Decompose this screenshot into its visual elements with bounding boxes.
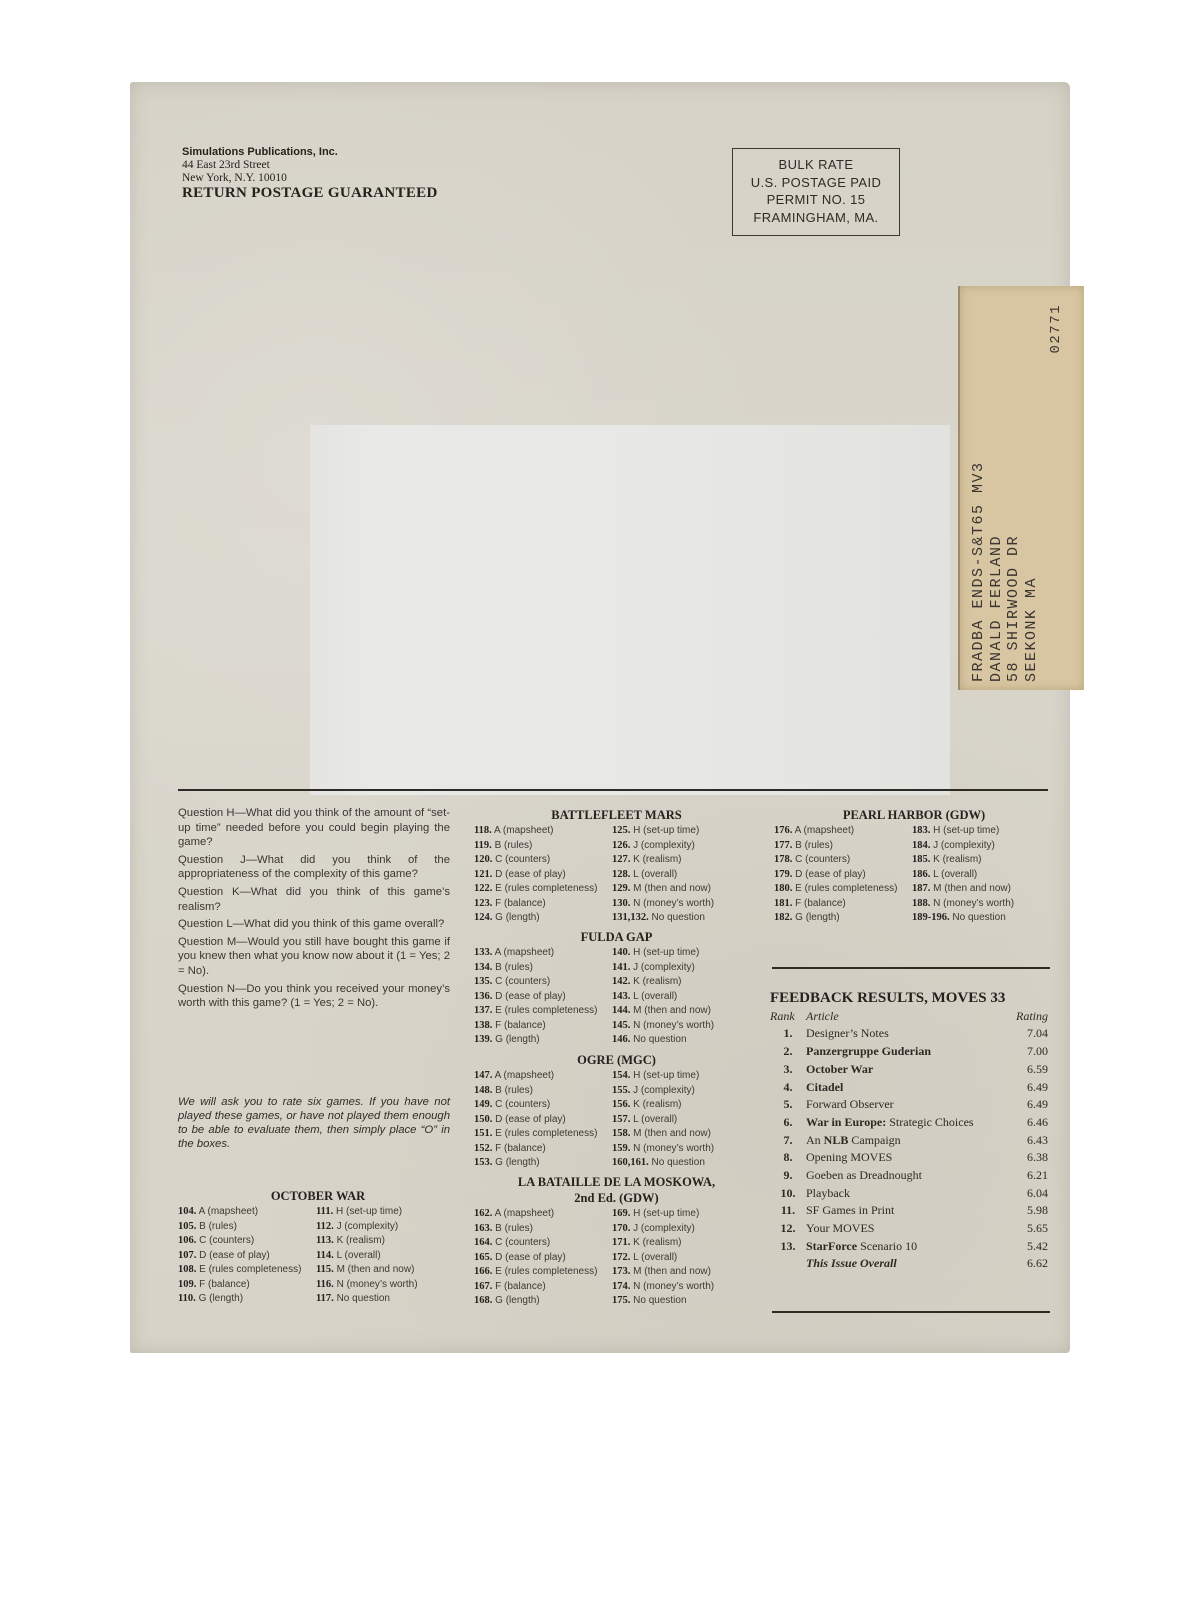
rating-items: 133. A (mapsheet)140. H (set-up time)134… (474, 946, 759, 1048)
rating-item: 163. B (rules) (474, 1222, 612, 1237)
item-label: N (money’s worth) (633, 898, 714, 909)
rating-item: 138. F (balance) (474, 1019, 612, 1034)
question-l: Question L—What did you think of this ga… (178, 917, 450, 932)
feedback-rank: 13. (770, 1237, 806, 1255)
item-number: 185. (912, 854, 930, 865)
feedback-rating: 7.04 (1008, 1025, 1048, 1043)
feedback-rank: 8. (770, 1149, 806, 1167)
item-label: L (overall) (633, 1114, 677, 1125)
item-label: B (rules) (495, 962, 533, 973)
rating-item: 175. No question (612, 1294, 759, 1309)
feedback-rating: 7.00 (1008, 1043, 1048, 1061)
mailing-label-zip: 02771 (1048, 304, 1068, 354)
item-label: G (length) (495, 912, 539, 923)
item-label: J (complexity) (633, 1085, 695, 1096)
feedback-rank: 12. (770, 1219, 806, 1237)
item-label: F (balance) (495, 1020, 546, 1031)
feedback-article: Designer’s Notes (806, 1025, 1008, 1043)
item-number: 168. (474, 1295, 492, 1306)
game-title: FULDA GAP (474, 930, 759, 945)
item-label: G (length) (495, 1034, 539, 1045)
game-title: LA BATAILLE DE LA MOSKOWA, (474, 1175, 759, 1190)
item-label: A (mapsheet) (495, 947, 554, 958)
item-number: 157. (612, 1114, 630, 1125)
item-label: A (mapsheet) (495, 1208, 554, 1219)
feedback-article: Opening MOVES (806, 1149, 1008, 1167)
rating-item: 106. C (counters) (178, 1234, 316, 1249)
rating-item: 159. N (money’s worth) (612, 1142, 759, 1157)
game-la-bataille-de-la-moskowa: LA BATAILLE DE LA MOSKOWA,2nd Ed. (GDW)1… (474, 1173, 759, 1309)
feedback-article: Goeben as Dreadnought (806, 1166, 1008, 1184)
item-number: 110. (178, 1293, 196, 1304)
item-label: N (money’s worth) (633, 1143, 714, 1154)
item-number: 189-196. (912, 912, 950, 923)
game-title: BATTLEFLEET MARS (474, 808, 759, 823)
rating-item: 151. E (rules completeness) (474, 1127, 612, 1142)
article-rest: Scenario 10 (857, 1239, 917, 1253)
item-label: E (rules completeness) (495, 883, 597, 894)
rating-item: 173. M (then and now) (612, 1265, 759, 1280)
feedback-rating: 6.04 (1008, 1184, 1048, 1202)
item-label: B (rules) (495, 1085, 533, 1096)
rating-item: 169. H (set-up time) (612, 1207, 759, 1222)
item-label: M (then and now) (633, 883, 711, 894)
game-october-war: OCTOBER WAR104. A (mapsheet)111. H (set-… (178, 1187, 458, 1307)
rating-item: 184. J (complexity) (912, 839, 1054, 854)
item-number: 124. (474, 912, 492, 923)
rating-items: 162. A (mapsheet)169. H (set-up time)163… (474, 1207, 759, 1309)
feedback-row: 13.StarForce Scenario 105.42 (770, 1237, 1048, 1255)
header-article: Article (806, 1009, 1008, 1024)
header-rating: Rating (1008, 1009, 1048, 1024)
rating-item: 115. M (then and now) (316, 1263, 458, 1278)
rating-item: 145. N (money’s worth) (612, 1019, 759, 1034)
item-label: D (ease of play) (495, 1114, 566, 1125)
rating-item: 113. K (realism) (316, 1234, 458, 1249)
item-number: 175. (612, 1295, 630, 1306)
rating-item: 121. D (ease of play) (474, 868, 612, 883)
item-number: 167. (474, 1281, 492, 1292)
item-label: G (length) (199, 1293, 243, 1304)
item-label: J (complexity) (933, 840, 995, 851)
item-label: No question (952, 912, 1005, 923)
item-label: H (set-up time) (933, 825, 999, 836)
item-label: C (counters) (795, 854, 850, 865)
feedback-row: 2.Panzergruppe Guderian7.00 (770, 1043, 1048, 1061)
postage-line: FRAMINGHAM, MA. (733, 209, 899, 227)
item-number: 158. (612, 1128, 630, 1139)
feedback-row: 3.October War6.59 (770, 1060, 1048, 1078)
item-label: K (realism) (933, 854, 981, 865)
item-number: 159. (612, 1143, 630, 1154)
feedback-rating: 6.43 (1008, 1131, 1048, 1149)
rating-item: 124. G (length) (474, 911, 612, 926)
rating-items: 176. A (mapsheet)183. H (set-up time)177… (774, 824, 1054, 926)
item-label: H (set-up time) (633, 825, 699, 836)
rating-item: 149. C (counters) (474, 1098, 612, 1113)
rating-item: 134. B (rules) (474, 961, 612, 976)
item-label: B (rules) (495, 1223, 533, 1234)
item-label: E (rules completeness) (495, 1005, 597, 1016)
item-number: 186. (912, 869, 930, 880)
feedback-article: Panzergruppe Guderian (806, 1043, 1008, 1061)
item-label: F (balance) (199, 1279, 250, 1290)
rating-item: 165. D (ease of play) (474, 1251, 612, 1266)
item-number: 183. (912, 825, 930, 836)
item-label: A (mapsheet) (495, 1070, 554, 1081)
feedback-rank: 7. (770, 1131, 806, 1149)
feedback-rank (770, 1255, 806, 1273)
header-rank: Rank (770, 1009, 806, 1024)
address-window-area (310, 425, 950, 795)
item-label: H (set-up time) (336, 1206, 402, 1217)
feedback-rank: 9. (770, 1166, 806, 1184)
item-label: L (overall) (633, 1252, 677, 1263)
rating-item: 148. B (rules) (474, 1084, 612, 1099)
label-line: SEEKONK MA (1023, 286, 1041, 682)
rating-item: 162. A (mapsheet) (474, 1207, 612, 1222)
rating-item: 188. N (money’s worth) (912, 897, 1054, 912)
item-number: 117. (316, 1293, 334, 1304)
game-title: OGRE (MGC) (474, 1053, 759, 1068)
item-label: G (length) (795, 912, 839, 923)
rating-item: 112. J (complexity) (316, 1220, 458, 1235)
rating-item: 176. A (mapsheet) (774, 824, 912, 839)
item-number: 109. (178, 1279, 196, 1290)
game-title: OCTOBER WAR (178, 1189, 458, 1204)
item-number: 118. (474, 825, 492, 836)
item-label: E (rules completeness) (495, 1266, 597, 1277)
feedback-rank: 2. (770, 1043, 806, 1061)
item-number: 151. (474, 1128, 492, 1139)
feedback-article: War in Europe: Strategic Choices (806, 1113, 1008, 1131)
feedback-row: 11.SF Games in Print5.98 (770, 1202, 1048, 1220)
section-divider (178, 789, 1048, 791)
rating-item: 166. E (rules completeness) (474, 1265, 612, 1280)
item-number: 121. (474, 869, 492, 880)
question-h: Question H—What did you think of the amo… (178, 806, 450, 850)
sender-city: New York, N.Y. 10010 (182, 172, 438, 185)
item-label: No question (652, 1157, 705, 1168)
feedback-rank: 3. (770, 1060, 806, 1078)
item-label: B (rules) (495, 840, 533, 851)
feedback-article: Your MOVES (806, 1219, 1008, 1237)
item-number: 173. (612, 1266, 630, 1277)
feedback-row: 10.Playback6.04 (770, 1184, 1048, 1202)
item-label: F (balance) (795, 898, 846, 909)
item-number: 140. (612, 947, 630, 958)
feedback-rank: 4. (770, 1078, 806, 1096)
rating-item: 120. C (counters) (474, 853, 612, 868)
item-number: 164. (474, 1237, 492, 1248)
item-label: E (rules completeness) (795, 883, 897, 894)
feedback-rating: 5.42 (1008, 1237, 1048, 1255)
rating-item: 117. No question (316, 1292, 458, 1307)
article-emphasis: StarForce (806, 1239, 857, 1253)
item-label: F (balance) (495, 898, 546, 909)
item-number: 150. (474, 1114, 492, 1125)
rating-item: 156. K (realism) (612, 1098, 759, 1113)
item-number: 125. (612, 825, 630, 836)
item-number: 148. (474, 1085, 492, 1096)
rating-item: 164. C (counters) (474, 1236, 612, 1251)
item-number: 129. (612, 883, 630, 894)
item-number: 166. (474, 1266, 492, 1277)
item-label: L (overall) (633, 869, 677, 880)
rating-item: 189-196. No question (912, 911, 1054, 926)
feedback-top-rule (772, 967, 1050, 969)
item-number: 179. (774, 869, 792, 880)
feedback-row: 1.Designer’s Notes7.04 (770, 1025, 1048, 1043)
item-label: M (then and now) (633, 1128, 711, 1139)
rating-items: 147. A (mapsheet)154. H (set-up time)148… (474, 1069, 759, 1171)
postage-indicia: BULK RATE U.S. POSTAGE PAID PERMIT NO. 1… (732, 148, 900, 236)
item-label: M (then and now) (633, 1266, 711, 1277)
rating-item: 126. J (complexity) (612, 839, 759, 854)
feedback-row: 5.Forward Observer6.49 (770, 1096, 1048, 1114)
sender-street: 44 East 23rd Street (182, 159, 438, 172)
item-label: H (set-up time) (633, 947, 699, 958)
feedback-results: FEEDBACK RESULTS, MOVES 33 Rank Article … (770, 991, 1048, 1272)
feedback-rank: 10. (770, 1184, 806, 1202)
item-label: F (balance) (495, 1143, 546, 1154)
rating-instructions: We will ask you to rate six games. If yo… (178, 1095, 450, 1151)
item-label: C (counters) (495, 976, 550, 987)
feedback-article: Citadel (806, 1078, 1008, 1096)
rating-item: 179. D (ease of play) (774, 868, 912, 883)
item-number: 162. (474, 1208, 492, 1219)
item-label: A (mapsheet) (795, 825, 854, 836)
rating-item: 182. G (length) (774, 911, 912, 926)
game-subtitle: 2nd Ed. (GDW) (474, 1191, 759, 1206)
item-label: K (realism) (633, 1099, 681, 1110)
item-number: 143. (612, 991, 630, 1002)
label-line: FRADBA ENDS-S&T65 MV3 (970, 286, 988, 682)
item-label: N (money’s worth) (933, 898, 1014, 909)
postage-line: U.S. POSTAGE PAID (733, 174, 899, 192)
mailing-label: FRADBA ENDS-S&T65 MV3 DANALD FERLAND 58 … (958, 286, 1084, 690)
rating-item: 167. F (balance) (474, 1280, 612, 1295)
feedback-rank: 11. (770, 1202, 806, 1220)
question-j: Question J—What did you think of the app… (178, 853, 450, 882)
rating-item: 129. M (then and now) (612, 882, 759, 897)
item-label: H (set-up time) (633, 1208, 699, 1219)
item-label: L (overall) (337, 1250, 381, 1261)
feedback-row: 7.An NLB Campaign6.43 (770, 1131, 1048, 1149)
questions-column: Question H—What did you think of the amo… (178, 806, 450, 1014)
feedback-article: An NLB Campaign (806, 1131, 1008, 1149)
rating-item: 157. L (overall) (612, 1113, 759, 1128)
item-label: C (counters) (199, 1235, 254, 1246)
rating-item: 136. D (ease of play) (474, 990, 612, 1005)
feedback-row: 9.Goeben as Dreadnought6.21 (770, 1166, 1048, 1184)
item-label: J (complexity) (337, 1221, 399, 1232)
label-line: 58 SHIRWOOD DR (1005, 286, 1023, 682)
rating-item: 153. G (length) (474, 1156, 612, 1171)
rating-item: 187. M (then and now) (912, 882, 1054, 897)
item-number: 156. (612, 1099, 630, 1110)
article-emphasis: War in Europe: (806, 1115, 886, 1129)
rating-item: 133. A (mapsheet) (474, 946, 612, 961)
rating-item: 160,161. No question (612, 1156, 759, 1171)
rating-item: 127. K (realism) (612, 853, 759, 868)
item-label: F (balance) (495, 1281, 546, 1292)
feedback-rating: 6.21 (1008, 1166, 1048, 1184)
game-battlefleet-mars: BATTLEFLEET MARS118. A (mapsheet)125. H … (474, 806, 759, 926)
rating-item: 155. J (complexity) (612, 1084, 759, 1099)
item-label: No question (652, 912, 705, 923)
question-m: Question M—Would you still have bought t… (178, 935, 450, 979)
sender-company: Simulations Publications, Inc. (182, 146, 438, 159)
item-label: G (length) (495, 1157, 539, 1168)
item-number: 146. (612, 1034, 630, 1045)
rating-item: 178. C (counters) (774, 853, 912, 868)
feedback-rating: 6.46 (1008, 1113, 1048, 1131)
feedback-article: Playback (806, 1184, 1008, 1202)
rating-item: 171. K (realism) (612, 1236, 759, 1251)
rating-item: 146. No question (612, 1033, 759, 1048)
question-n: Question N—Do you think you received you… (178, 982, 450, 1011)
item-label: B (rules) (199, 1221, 237, 1232)
rating-item: 185. K (realism) (912, 853, 1054, 868)
item-number: 137. (474, 1005, 492, 1016)
rating-item: 135. C (counters) (474, 975, 612, 990)
item-label: K (realism) (633, 854, 681, 865)
feedback-row: 12.Your MOVES5.65 (770, 1219, 1048, 1237)
game-fulda-gap: FULDA GAP133. A (mapsheet)140. H (set-up… (474, 928, 759, 1048)
item-number: 111. (316, 1206, 333, 1217)
rating-item: 177. B (rules) (774, 839, 912, 854)
item-number: 128. (612, 869, 630, 880)
feedback-row: 8.Opening MOVES6.38 (770, 1149, 1048, 1167)
item-number: 147. (474, 1070, 492, 1081)
rating-item: 181. F (balance) (774, 897, 912, 912)
item-label: G (length) (495, 1295, 539, 1306)
rating-item: 123. F (balance) (474, 897, 612, 912)
item-number: 130. (612, 898, 630, 909)
item-number: 141. (612, 962, 630, 973)
item-label: K (realism) (633, 976, 681, 987)
item-number: 139. (474, 1034, 492, 1045)
item-number: 135. (474, 976, 492, 987)
article-prefix: An (806, 1133, 824, 1147)
feedback-rank: 5. (770, 1096, 806, 1114)
feedback-article: Forward Observer (806, 1096, 1008, 1114)
item-number: 122. (474, 883, 492, 894)
item-number: 119. (474, 840, 492, 851)
item-number: 172. (612, 1252, 630, 1263)
rating-item: 142. K (realism) (612, 975, 759, 990)
feedback-article: StarForce Scenario 10 (806, 1237, 1008, 1255)
item-label: D (ease of play) (795, 869, 866, 880)
item-label: E (rules completeness) (199, 1264, 301, 1275)
rating-item: 150. D (ease of play) (474, 1113, 612, 1128)
rating-item: 116. N (money’s worth) (316, 1278, 458, 1293)
item-number: 177. (774, 840, 792, 851)
rating-item: 105. B (rules) (178, 1220, 316, 1235)
item-label: D (ease of play) (495, 991, 566, 1002)
item-label: L (overall) (633, 991, 677, 1002)
article-emphasis: NLB (824, 1133, 849, 1147)
item-label: J (complexity) (633, 962, 695, 973)
rating-item: 104. A (mapsheet) (178, 1205, 316, 1220)
item-number: 163. (474, 1223, 492, 1234)
rating-item: 143. L (overall) (612, 990, 759, 1005)
feedback-article: October War (806, 1060, 1008, 1078)
item-label: L (overall) (933, 869, 977, 880)
rating-item: 139. G (length) (474, 1033, 612, 1048)
item-number: 181. (774, 898, 792, 909)
item-number: 116. (316, 1279, 334, 1290)
feedback-rating: 6.59 (1008, 1060, 1048, 1078)
return-postage-notice: RETURN POSTAGE GUARANTEED (182, 187, 438, 200)
rating-item: 110. G (length) (178, 1292, 316, 1307)
item-label: C (counters) (495, 854, 550, 865)
feedback-rating: 6.49 (1008, 1096, 1048, 1114)
feedback-row: 6.War in Europe: Strategic Choices6.46 (770, 1113, 1048, 1131)
game-title: PEARL HARBOR (GDW) (774, 808, 1054, 823)
item-number: 138. (474, 1020, 492, 1031)
feedback-row: This Issue Overall6.62 (770, 1255, 1048, 1273)
item-label: C (counters) (495, 1237, 550, 1248)
item-number: 178. (774, 854, 792, 865)
item-label: K (realism) (337, 1235, 385, 1246)
rating-item: 186. L (overall) (912, 868, 1054, 883)
feedback-rating: 6.38 (1008, 1149, 1048, 1167)
item-number: 153. (474, 1157, 492, 1168)
game-pearl-harbor: PEARL HARBOR (GDW)176. A (mapsheet)183. … (774, 806, 1054, 926)
item-number: 113. (316, 1235, 334, 1246)
rating-item: 131,132. No question (612, 911, 759, 926)
item-label: J (complexity) (633, 840, 695, 851)
item-number: 142. (612, 976, 630, 987)
postage-line: PERMIT NO. 15 (733, 191, 899, 209)
item-number: 160,161. (612, 1157, 649, 1168)
item-number: 145. (612, 1020, 630, 1031)
item-number: 169. (612, 1208, 630, 1219)
feedback-rating: 6.62 (1008, 1255, 1048, 1273)
item-label: K (realism) (633, 1237, 681, 1248)
item-label: M (then and now) (933, 883, 1011, 894)
item-label: M (then and now) (633, 1005, 711, 1016)
item-number: 104. (178, 1206, 196, 1217)
item-number: 170. (612, 1223, 630, 1234)
rating-item: 141. J (complexity) (612, 961, 759, 976)
item-number: 149. (474, 1099, 492, 1110)
item-number: 180. (774, 883, 792, 894)
item-number: 174. (612, 1281, 630, 1292)
rating-item: 144. M (then and now) (612, 1004, 759, 1019)
rating-item: 180. E (rules completeness) (774, 882, 912, 897)
rating-item: 172. L (overall) (612, 1251, 759, 1266)
item-number: 155. (612, 1085, 630, 1096)
item-number: 184. (912, 840, 930, 851)
item-label: N (money’s worth) (337, 1279, 418, 1290)
item-number: 154. (612, 1070, 630, 1081)
feedback-bottom-rule (772, 1311, 1050, 1313)
item-number: 131,132. (612, 912, 649, 923)
item-label: H (set-up time) (633, 1070, 699, 1081)
item-label: J (complexity) (633, 1223, 695, 1234)
item-number: 107. (178, 1250, 196, 1261)
rating-item: 168. G (length) (474, 1294, 612, 1309)
item-number: 165. (474, 1252, 492, 1263)
rating-item: 140. H (set-up time) (612, 946, 759, 961)
game-ogre: OGRE (MGC)147. A (mapsheet)154. H (set-u… (474, 1051, 759, 1171)
rating-item: 109. F (balance) (178, 1278, 316, 1293)
rating-item: 183. H (set-up time) (912, 824, 1054, 839)
item-number: 187. (912, 883, 930, 894)
